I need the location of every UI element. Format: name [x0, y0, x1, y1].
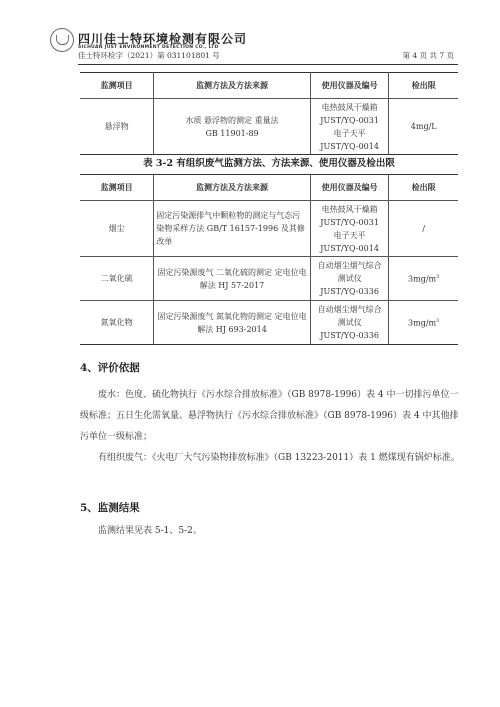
item-cell: 烟尘 [80, 201, 154, 257]
table-caption: 表 3-2 有组织废气监测方法、方法来源、使用仪器及检出限 [80, 155, 458, 169]
limit-cell: 3mg/m3 [389, 257, 458, 301]
item-cell: 氮氧化物 [80, 301, 154, 345]
section-4-title: 4、评价依据 [80, 360, 140, 375]
table-row: 烟尘 固定污染源排气中颗粒物的测定与气态污染物采样方法 GB/T 16157-1… [80, 201, 458, 257]
method-cell: 固定污染源废气 二氧化硫的测定 定电位电解法 HJ 57-2017 [154, 257, 311, 301]
item-cell: 二氧化硫 [80, 257, 154, 301]
limit-cell: 3mg/m3 [389, 301, 458, 345]
section-4-paragraph-2: 有组织废气：《火电厂大气污染物排放标准》（GB 13223-2011）表 1 燃… [80, 448, 460, 469]
table-row: 二氧化硫 固定污染源废气 二氧化硫的测定 定电位电解法 HJ 57-2017 自… [80, 257, 458, 301]
instrument-cell: 自动烟尘烟气综合 测试仪 JUST/YQ-0336 [310, 301, 389, 345]
limit-cell: 4mg/L [389, 99, 458, 155]
col-header-method: 监测方法及方法来源 [154, 175, 311, 201]
method-cell: 固定污染源废气 氮氧化物的测定 定电位电解法 HJ 693-2014 [154, 301, 311, 345]
company-logo-icon [50, 28, 74, 52]
table-row: 氮氧化物 固定污染源废气 氮氧化物的测定 定电位电解法 HJ 693-2014 … [80, 301, 458, 345]
col-header-limit: 检出限 [389, 73, 458, 99]
col-header-item: 监测项目 [80, 175, 154, 201]
document-number: 佳士特环检字（2021）第 031101801 号 [78, 50, 220, 61]
col-header-limit: 检出限 [389, 175, 458, 201]
section-4-paragraph-1: 废水：色度、硫化物执行《污水综合排放标准》（GB 8978-1996）表 4 中… [80, 385, 460, 448]
col-header-item: 监测项目 [80, 73, 154, 99]
method-cell: 固定污染源排气中颗粒物的测定与气态污染物采样方法 GB/T 16157-1996… [154, 201, 311, 257]
limit-cell: / [389, 201, 458, 257]
instrument-cell: 自动烟尘烟气综合 测试仪 JUST/YQ-0336 [310, 257, 389, 301]
col-header-method: 监测方法及方法来源 [154, 73, 311, 99]
doc-info-row: 佳士特环检字（2021）第 031101801 号 第 4 页 共 7 页 [78, 50, 458, 65]
item-cell: 悬浮物 [80, 99, 154, 155]
table-row: 悬浮物 水质 悬浮物的测定 重量法 GB 11901-89 电热鼓风干燥箱 JU… [80, 99, 458, 155]
col-header-instrument: 使用仪器及编号 [310, 175, 389, 201]
section-5-title: 5、监测结果 [80, 500, 140, 515]
instrument-cell: 电热鼓风干燥箱 JUST/YQ-0031 电子天平 JUST/YQ-0014 [310, 99, 389, 155]
water-method-table: 监测项目 监测方法及方法来源 使用仪器及编号 检出限 悬浮物 水质 悬浮物的测定… [80, 72, 458, 155]
method-cell: 水质 悬浮物的测定 重量法 GB 11901-89 [154, 99, 311, 155]
gas-method-table: 监测项目 监测方法及方法来源 使用仪器及编号 检出限 烟尘 固定污染源排气中颗粒… [80, 174, 458, 345]
instrument-cell: 电热鼓风干燥箱 JUST/YQ-0031 电子天平 JUST/YQ-0014 [310, 201, 389, 257]
col-header-instrument: 使用仪器及编号 [310, 73, 389, 99]
page-number: 第 4 页 共 7 页 [403, 50, 454, 61]
section-5-paragraph-1: 监测结果见表 5-1、5-2。 [80, 521, 460, 542]
